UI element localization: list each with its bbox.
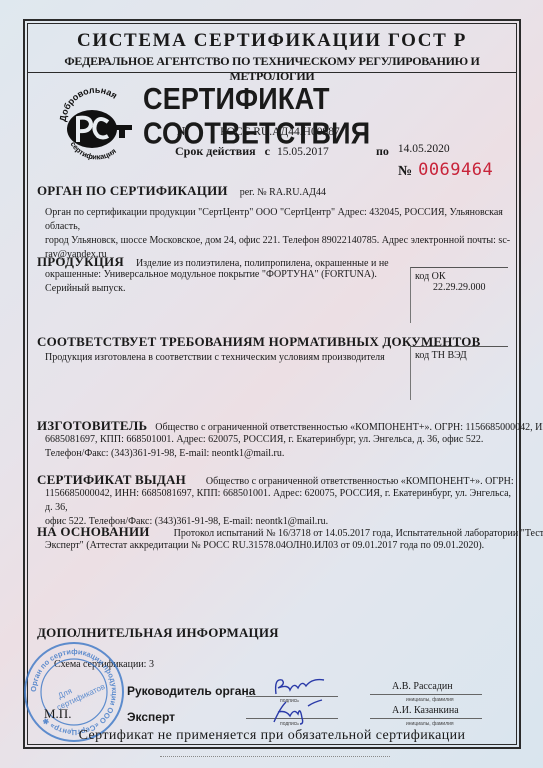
- product-heading: ПРОДУКЦИЯ: [37, 254, 124, 269]
- serial-number: 0069464: [418, 160, 493, 180]
- voluntary-certification-note: Сертификат не применяется при обязательн…: [27, 728, 517, 744]
- validity-to-label: по: [376, 144, 389, 158]
- manufacturer-text-line: Телефон/Факс: (343)361-91-98, E-mail: ne…: [45, 447, 515, 461]
- code-tnved-box: код ТН ВЭД: [410, 346, 508, 400]
- expert-name: А.И. Казанкина: [392, 705, 459, 716]
- certification-body-heading: ОРГАН ПО СЕРТИФИКАЦИИ: [37, 183, 228, 198]
- certificate-number-row: № РОСС RU.АД44.Н00987: [177, 124, 340, 139]
- serial-label: №: [398, 164, 412, 179]
- issued-to-first-line: Общество с ограниченной ответственностью…: [206, 476, 514, 487]
- certification-body-title: ОРГАН ПО СЕРТИФИКАЦИИрег. № RA.RU.АД44: [37, 183, 326, 199]
- validity-to: по 14.05.2020: [376, 144, 450, 159]
- issued-to-text: 1156685000042, ИНН: 6685081697, КПП: 668…: [45, 487, 515, 529]
- issued-to-heading: СЕРТИФИКАТ ВЫДАН: [37, 472, 186, 487]
- rst-voluntary-certification-logo-icon: Добровольная сертификация: [56, 86, 136, 166]
- number-label: №: [177, 124, 189, 138]
- expert-name-caption: инициалы, фамилия: [406, 721, 454, 727]
- code-ok-label: код ОК: [415, 271, 504, 282]
- certificate-number: РОСС RU.АД44.Н00987: [220, 126, 340, 138]
- mp-label: М.П.: [44, 706, 71, 722]
- code-tnved-label: код ТН ВЭД: [415, 350, 504, 361]
- additional-info-title: ДОПОЛНИТЕЛЬНАЯ ИНФОРМАЦИЯ: [37, 625, 279, 641]
- head-name-line: [370, 694, 482, 695]
- manufacturer-title: ИЗГОТОВИТЕЛЬОбщество с ограниченной отве…: [37, 418, 543, 434]
- header-divider: [27, 72, 517, 73]
- basis-text: Эксперт" (Аттестат аккредитации № РОСС R…: [45, 539, 515, 553]
- basis-first-line: Протокол испытаний № 16/3718 от 14.05.20…: [174, 528, 543, 539]
- printer-imprint-line: [160, 756, 390, 760]
- basis-title: НА ОСНОВАНИИПротокол испытаний № 16/3718…: [37, 524, 543, 540]
- validity-label: Срок действия: [175, 144, 256, 158]
- svg-text:Орган по сертификации продукци: Орган по сертификации продукции ООО «Сер…: [29, 647, 119, 737]
- validity-to-date: 14.05.2020: [398, 143, 450, 155]
- code-ok-value: 22.29.29.000: [415, 282, 504, 293]
- code-ok-box: код ОК 22.29.29.000: [410, 267, 508, 323]
- manufacturer-text: 6685081697, КПП: 668501001. Адрес: 62007…: [45, 433, 515, 461]
- head-signature-icon: [268, 674, 328, 700]
- validity-row: Срок действия с 15.05.2017: [175, 144, 329, 159]
- basis-heading: НА ОСНОВАНИИ: [37, 524, 150, 539]
- issued-to-title: СЕРТИФИКАТ ВЫДАНОбщество с ограниченной …: [37, 472, 514, 488]
- validity-from-label: с: [265, 144, 270, 158]
- certificate-title: СЕРТИФИКАТ СООТВЕТСТВИЯ: [143, 82, 543, 151]
- expert-name-line: [370, 718, 482, 719]
- issued-to-text-line: 1156685000042, ИНН: 6685081697, КПП: 668…: [45, 487, 515, 515]
- body-text-line: Орган по сертификации продукции "СертЦен…: [45, 206, 515, 234]
- head-name-caption: инициалы, фамилия: [406, 697, 454, 703]
- body-text-line: город Ульяновск, шоссе Московское, дом 2…: [45, 234, 515, 248]
- certification-system-title: СИСТЕМА СЕРТИФИКАЦИИ ГОСТ Р: [27, 30, 517, 52]
- conformity-text: Продукция изготовлена в соответствии с т…: [45, 351, 405, 365]
- serial-number-block: №0069464: [398, 160, 493, 180]
- manufacturer-first-line: Общество с ограниченной ответственностью…: [155, 422, 543, 433]
- product-text-line: Серийный выпуск.: [45, 282, 405, 296]
- expert-signature-caption: подпись: [280, 721, 299, 727]
- validity-from-date: 15.05.2017: [277, 146, 329, 158]
- head-name: А.В. Рассадин: [392, 681, 453, 692]
- product-text-line: окрашенные: Универсальное модульное покр…: [45, 268, 405, 282]
- basis-text-line: Эксперт" (Аттестат аккредитации № РОСС R…: [45, 539, 515, 553]
- manufacturer-text-line: 6685081697, КПП: 668501001. Адрес: 62007…: [45, 433, 515, 447]
- certification-body-reg: рег. № RA.RU.АД44: [240, 187, 326, 198]
- head-of-body-label: Руководитель органа: [127, 684, 255, 698]
- product-text: окрашенные: Универсальное модульное покр…: [45, 268, 405, 296]
- agency-title: ФЕДЕРАЛЬНОЕ АГЕНТСТВО ПО ТЕХНИЧЕСКОМУ РЕ…: [27, 54, 517, 84]
- manufacturer-heading: ИЗГОТОВИТЕЛЬ: [37, 418, 147, 433]
- expert-label: Эксперт: [127, 710, 175, 724]
